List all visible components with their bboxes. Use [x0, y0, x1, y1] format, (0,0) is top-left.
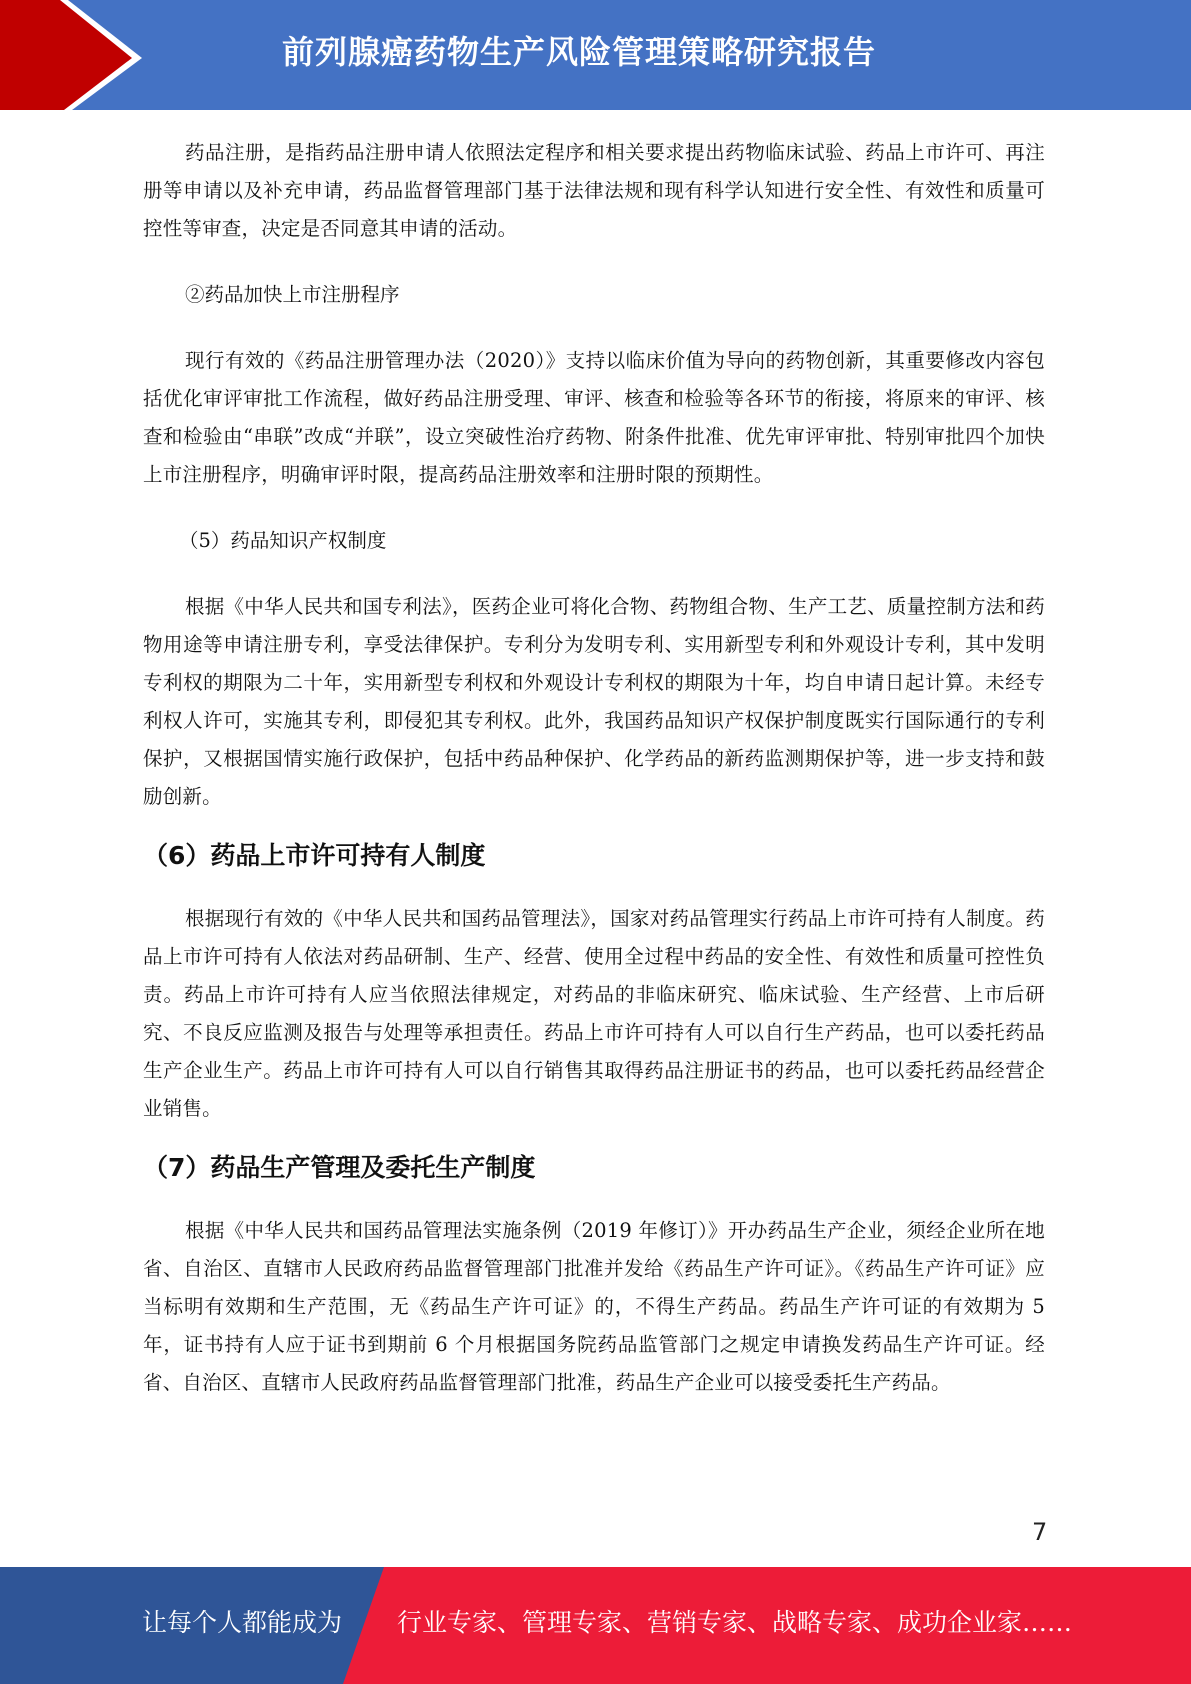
page-footer: 让每个人都能成为 行业专家、管理专家、营销专家、战略专家、成功企业家……	[0, 1567, 1191, 1684]
section-heading-mah-system: （6）药品上市许可持有人制度	[143, 836, 1045, 876]
paragraph-production-license: 根据《中华人民共和国药品管理法实施条例（2019 年修订）》开办药品生产企业，须…	[143, 1212, 1045, 1402]
paragraph-mah-system: 根据现行有效的《中华人民共和国药品管理法》，国家对药品管理实行药品上市许可持有人…	[143, 900, 1045, 1128]
paragraph-registration-measures: 现行有效的《药品注册管理办法（2020）》支持以临床价值为导向的药物创新，其重要…	[143, 342, 1045, 494]
document-body: 药品注册，是指药品注册申请人依照法定程序和相关要求提出药物临床试验、药品上市许可…	[143, 134, 1045, 1402]
report-title: 前列腺癌药物生产风险管理策略研究报告	[282, 30, 876, 74]
paragraph-patent-law: 根据《中华人民共和国专利法》，医药企业可将化合物、药物组合物、生产工艺、质量控制…	[143, 588, 1045, 816]
paragraph-drug-registration: 药品注册，是指药品注册申请人依照法定程序和相关要求提出药物临床试验、药品上市许可…	[143, 134, 1045, 248]
footer-slogan-right: 行业专家、管理专家、营销专家、战略专家、成功企业家……	[397, 1603, 1072, 1643]
footer-slogan-left: 让每个人都能成为	[142, 1603, 342, 1643]
page-number: 7	[1032, 1518, 1047, 1546]
arrow-chevron-icon	[0, 0, 160, 110]
subheading-accelerated-registration: ②药品加快上市注册程序	[143, 276, 1045, 314]
subheading-ip-system: （5）药品知识产权制度	[143, 522, 1045, 560]
section-heading-production-management: （7）药品生产管理及委托生产制度	[143, 1148, 1045, 1188]
page-header: 前列腺癌药物生产风险管理策略研究报告	[0, 0, 1191, 110]
